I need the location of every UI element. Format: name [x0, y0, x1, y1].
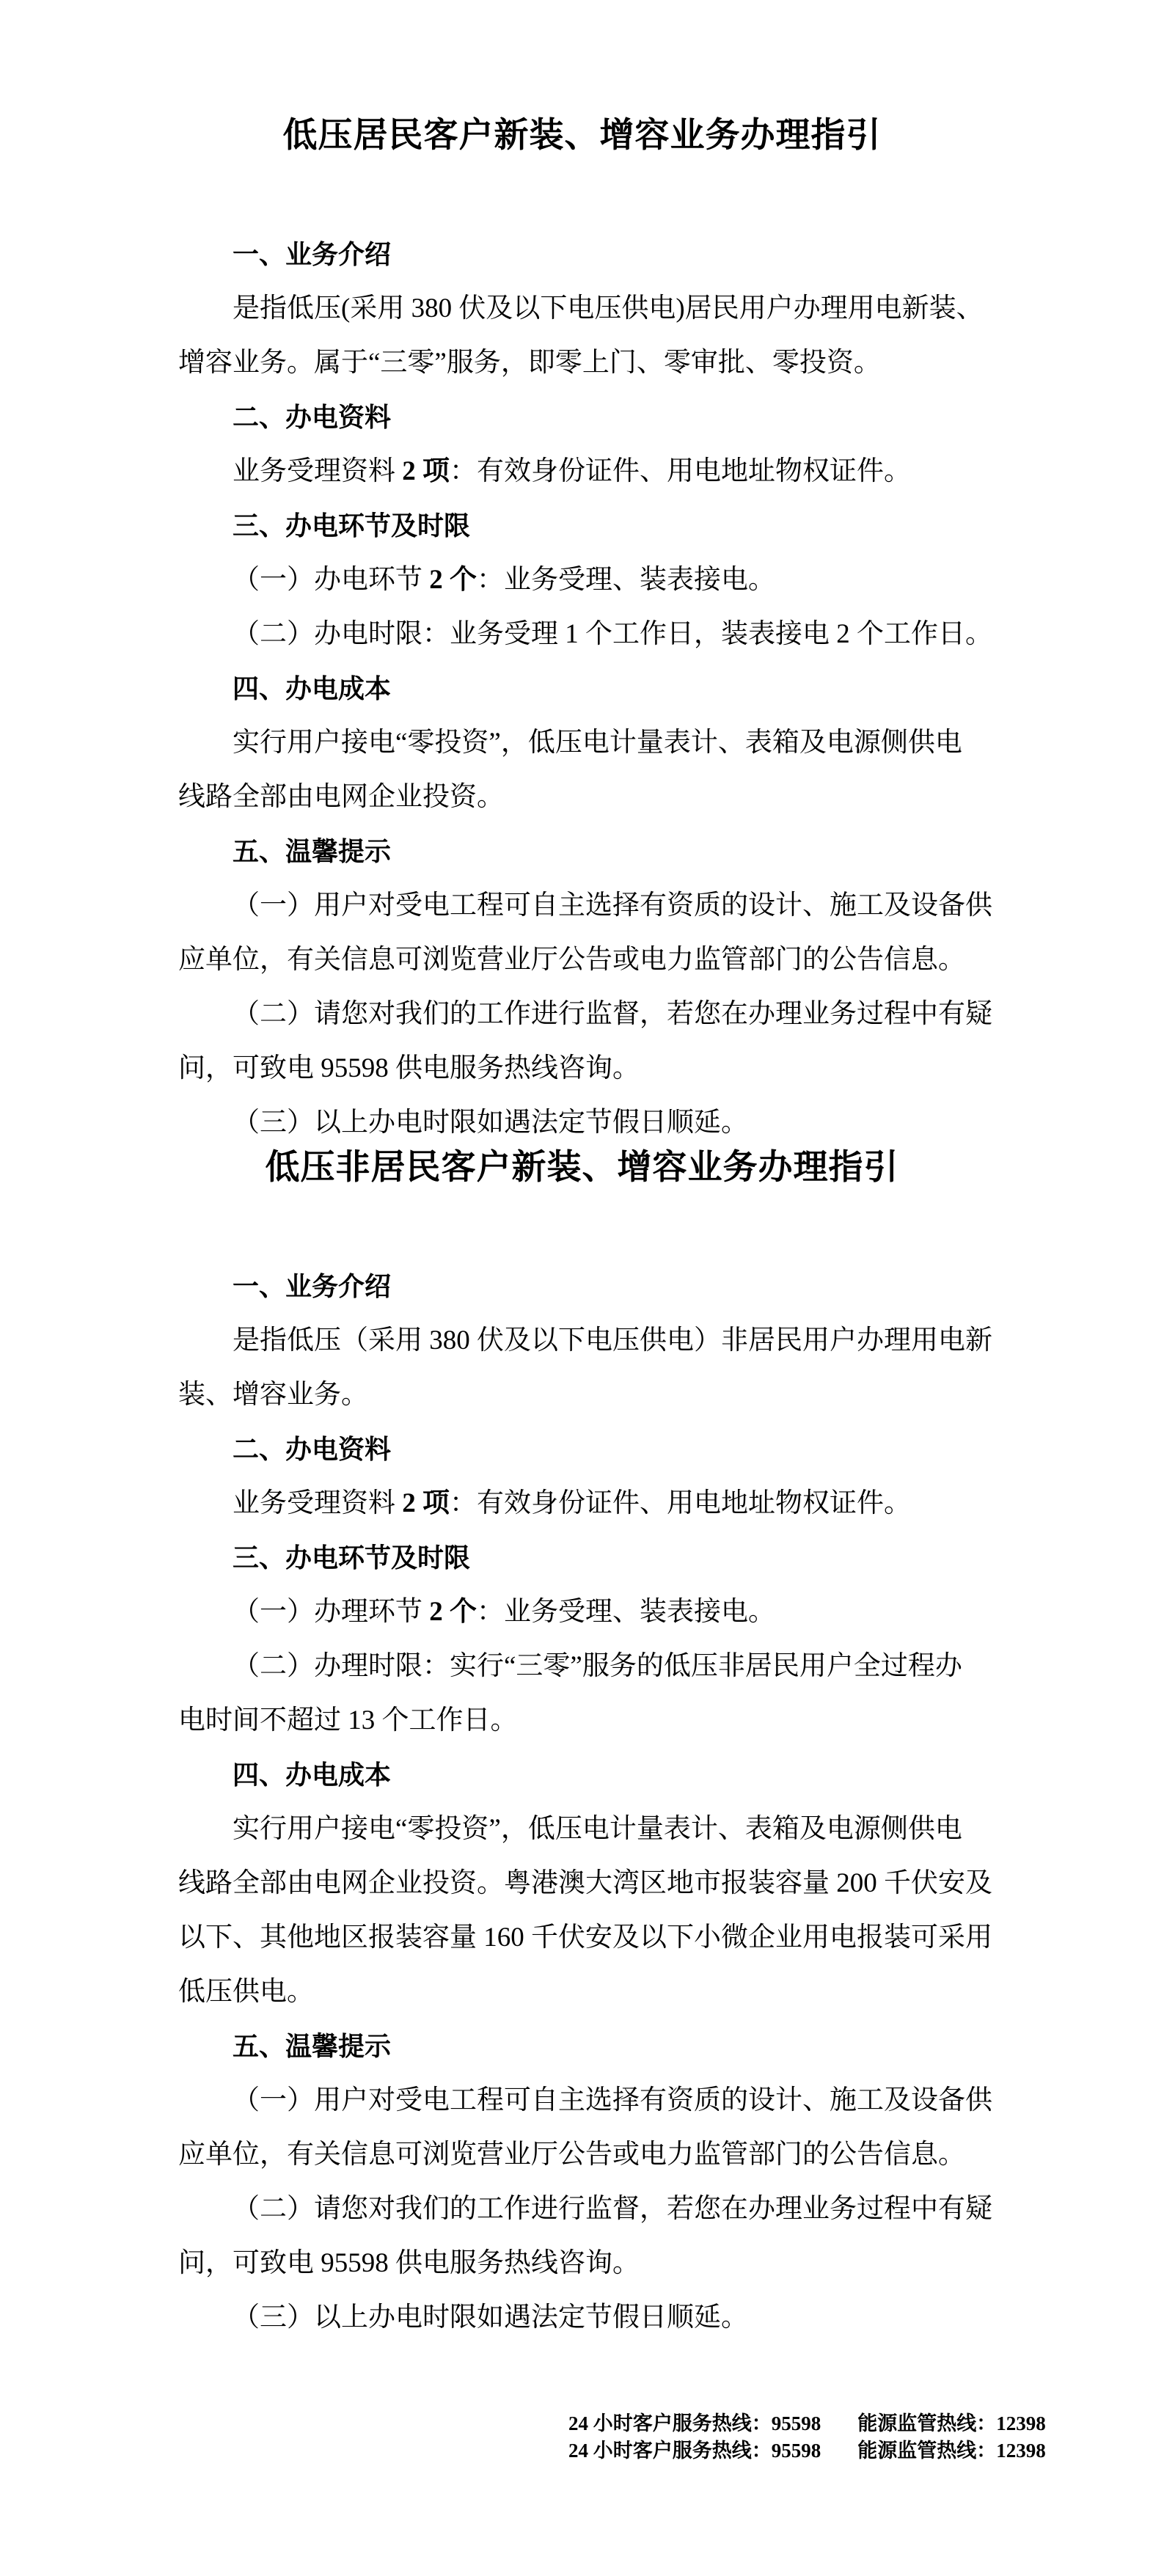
customer-hotline: 24 小时客户服务热线：95598	[568, 2440, 821, 2462]
section-heading: 二、办电资料	[178, 401, 989, 433]
heading-text: 四、办电成本	[233, 673, 391, 703]
doc-line: 增容业务。属于“三零”服务，即零上门、零审批、零投资。	[178, 347, 989, 379]
doc-line: （三）以上办电时限如遇法定节假日顺延。	[178, 2302, 989, 2334]
section-heading: 五、温馨提示	[178, 2030, 989, 2063]
doc-line: 电时间不超过 13 个工作日。	[178, 1705, 989, 1737]
doc-line: 应单位，有关信息可浏览营业厅公告或电力监管部门的公告信息。	[178, 2139, 989, 2171]
doc-line: （一）办电环节 2 个：业务受理、装表接电。	[178, 564, 989, 596]
doc-line: 线路全部由电网企业投资。	[178, 781, 989, 813]
doc-line: 是指低压（采用 380 伏及以下电压供电）非居民用户办理用电新	[178, 1325, 989, 1357]
doc-line: 业务受理资料 2 项：有效身份证件、用电地址物权证件。	[178, 455, 989, 488]
doc-line: （一）办理环节 2 个：业务受理、装表接电。	[178, 1596, 989, 1628]
doc-line: 装、增容业务。	[178, 1379, 989, 1411]
doc-line: 实行用户接电“零投资”，低压电计量表计、表箱及电源侧供电	[178, 1813, 989, 1845]
doc-line: 是指低压(采用 380 伏及以下电压供电)居民用户办理用电新装、	[178, 293, 989, 325]
document-page: 低压居民客户新装、增容业务办理指引 一、业务介绍 是指低压(采用 380 伏及以…	[0, 0, 1164, 2576]
footer-hotline-row: 24 小时客户服务热线：95598能源监管热线：12398	[568, 2412, 1046, 2435]
section-heading: 四、办电成本	[178, 1759, 989, 1791]
doc-line: （二）办理时限：实行“三零”服务的低压非居民用户全过程办	[178, 1650, 989, 1683]
footer-hotline-row: 24 小时客户服务热线：95598能源监管热线：12398	[568, 2439, 1046, 2462]
section-heading: 四、办电成本	[178, 673, 989, 705]
doc-line: 以下、其他地区报装容量 160 千伏安及以下小微企业用电报装可采用	[178, 1922, 989, 1954]
doc-line: 问，可致电 95598 供电服务热线咨询。	[178, 2247, 989, 2280]
doc-line: 业务受理资料 2 项：有效身份证件、用电地址物权证件。	[178, 1488, 989, 1520]
doc-line: 问，可致电 95598 供电服务热线咨询。	[178, 1053, 989, 1085]
heading-text: 五、温馨提示	[233, 836, 391, 866]
doc-line: （一）用户对受电工程可自主选择有资质的设计、施工及设备供	[178, 890, 989, 922]
doc-line: 低压供电。	[178, 1976, 989, 2008]
heading-text: 一、业务介绍	[233, 239, 391, 269]
heading-text: 三、办电环节及时限	[233, 1543, 470, 1573]
doc-line: 实行用户接电“零投资”，低压电计量表计、表箱及电源侧供电	[178, 727, 989, 759]
doc-line: （二）请您对我们的工作进行监督，若您在办理业务过程中有疑	[178, 998, 989, 1031]
heading-text: 二、办电资料	[233, 402, 391, 432]
energy-hotline: 能源监管热线：12398	[857, 2412, 1046, 2434]
doc-line: 线路全部由电网企业投资。粤港澳大湾区地市报装容量 200 千伏安及	[178, 1867, 989, 1900]
customer-hotline: 24 小时客户服务热线：95598	[568, 2412, 821, 2434]
heading-text: 五、温馨提示	[233, 2031, 391, 2061]
heading-text: 一、业务介绍	[233, 1271, 391, 1301]
doc-line: （二）办电时限：业务受理 1 个工作日，装表接电 2 个工作日。	[178, 618, 989, 651]
section-heading: 三、办电环节及时限	[178, 1542, 989, 1574]
energy-hotline: 能源监管热线：12398	[857, 2440, 1046, 2462]
doc-line: （一）用户对受电工程可自主选择有资质的设计、施工及设备供	[178, 2085, 989, 2117]
page-title: 低压非居民客户新装、增容业务办理指引	[0, 1148, 1164, 1188]
section-heading: 二、办电资料	[178, 1433, 989, 1466]
section-heading: 五、温馨提示	[178, 835, 989, 868]
section-heading: 一、业务介绍	[178, 238, 989, 271]
doc-line: （二）请您对我们的工作进行监督，若您在办理业务过程中有疑	[178, 2193, 989, 2225]
doc-line: （三）以上办电时限如遇法定节假日顺延。	[178, 1107, 989, 1139]
section-heading: 三、办电环节及时限	[178, 510, 989, 542]
heading-text: 四、办电成本	[233, 1760, 391, 1790]
doc-line: 应单位，有关信息可浏览营业厅公告或电力监管部门的公告信息。	[178, 944, 989, 976]
section-heading: 一、业务介绍	[178, 1270, 989, 1303]
heading-text: 三、办电环节及时限	[233, 511, 470, 541]
heading-text: 二、办电资料	[233, 1434, 391, 1464]
page-title: 低压居民客户新装、增容业务办理指引	[0, 116, 1164, 156]
